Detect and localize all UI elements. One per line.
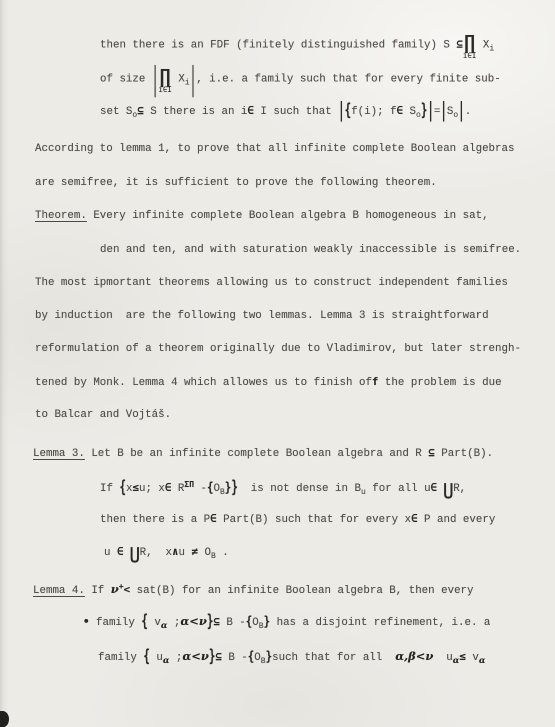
text-segment: u [179,547,192,559]
text-segment: { [143,646,150,668]
text-line: reformulation of a theorem originally du… [35,342,521,356]
text-segment: { [246,614,253,631]
text-segment: ΣΠ [184,480,194,489]
text-segment: | [440,98,447,125]
text-segment: { [119,477,126,499]
text-segment: set S [100,106,132,118]
text-segment: } [231,477,238,499]
product-operator: ∏i∈I [158,70,172,94]
text-segment: are semifree, it is sufficient to prove … [35,177,437,189]
text-line: Theorem. Every infinite complete Boolean… [35,209,489,223]
text-line: by induction are the following two lemma… [35,309,489,323]
handwritten-greek: α<ν [182,649,208,663]
text-segment: f(i); f [351,106,396,118]
text-segment: , i.e. a family such that for every fini… [196,74,501,86]
text-segment: . [465,106,471,118]
text-segment: then there is a P [100,514,210,526]
text-line: then there is an FDF (finitely distingui… [100,36,494,60]
product-operator: ∏i∈I [463,36,477,60]
text-segment: is not dense in B [238,483,361,495]
ink-smudge-mark [0,711,9,727]
text-line: to Balcar and Vojtáš. [35,408,171,422]
text-segment: has a disjoint refinement, i.e. a [270,617,490,629]
text-segment: reformulation of a theorem originally du… [35,343,521,355]
text-segment: S there is an i [144,106,248,118]
text-segment: family [90,617,142,629]
text-segment: Let B be an infinite complete Boolean al… [85,448,428,460]
union-operator: ⋃ [130,544,140,563]
text-segment: u [150,652,163,664]
text-segment: of size [100,74,152,86]
text-line: set So⊆ S there is an i∈ I such that |{f… [100,104,471,123]
text-segment: . [216,547,229,559]
text-segment: Theorem. [35,210,87,222]
text-segment: | [458,98,465,125]
text-line: tened by Monk. Lemma 4 which allowes us … [35,375,502,390]
text-segment: family [98,652,143,664]
text-segment: Lemma 3. [33,448,85,460]
text-segment: u; x [139,483,165,495]
text-segment: Part(B). [435,448,493,460]
text-line: of size |∏i∈I Xi|, i.e. a family such th… [100,70,501,94]
text-segment: R, x [140,547,172,559]
text-segment: u [104,547,117,559]
text-segment: - [194,483,207,495]
handwritten-greek: ν [111,582,119,596]
text-line: Lemma 4. If ν+< sat(B) for an infinite B… [33,580,474,598]
paper-page: then there is an FDF (finitely distingui… [0,0,555,727]
text-segment: to Balcar and Vojtáš. [35,409,171,421]
text-segment: by induction are the following two lemma… [35,310,489,322]
text-segment: den and ten, and with saturation weakly … [100,244,521,256]
text-segment: tened by Monk. Lemma 4 which allowes us … [35,377,372,389]
text-segment: for all u [366,483,431,495]
text-segment: X [172,74,185,86]
text-segment: B - [222,652,248,664]
text-segment: If [85,585,111,597]
text-segment: u [433,652,452,664]
handwritten-greek: α,β<ν [395,649,433,663]
text-segment: | [427,98,434,125]
text-segment: ; [169,652,182,664]
text-line: If {x≤u; x∈ RΣΠ -{OB}} is not dense in B… [100,478,466,500]
text-segment: S [403,106,416,118]
text-segment: such that for all [272,652,395,664]
text-line: are semifree, it is sufficient to prove … [35,176,437,190]
text-segment: Part(B) such that for every x [217,514,411,526]
text-segment: i [489,45,494,54]
text-segment: ; [167,617,180,629]
text-segment: } [266,649,273,666]
text-segment: } [264,614,271,631]
text-segment: < [124,583,137,596]
text-segment: } [207,611,214,633]
text-line: den and ten, and with saturation weakly … [100,243,521,257]
text-segment: R, [453,483,466,495]
text-segment: { [207,480,214,497]
text-segment: R [171,483,184,495]
text-segment: then there is an FDF (finitely distingui… [100,40,456,52]
text-line: family { uα ;α<ν}⊆ B -{OB}such that for … [98,649,485,669]
text-segment: I such that [254,106,338,118]
handwritten-greek: α [479,656,486,666]
text-line: According to lemma 1, to prove that all … [35,142,514,156]
text-line: u ∈ ⋃R, x∧u ≠ OB . [104,545,229,564]
text-line: The most ipmortant theorems allowing us … [35,276,508,290]
text-segment: Lemma 4. [33,585,85,597]
text-segment: | [190,59,197,101]
text-segment: P and every [418,514,496,526]
text-segment: } [209,646,216,668]
text-segment: { [248,649,255,666]
text-segment: According to lemma 1, to prove that all … [35,143,514,155]
text-segment: Every infinite complete Boolean algebra … [87,210,489,222]
text-line: • family { vα ;α<ν}⊆ B -{OB} has a disjo… [83,614,490,634]
text-segment: sat(B) for an infinite Boolean algebra B… [137,585,474,597]
text-line: Lemma 3. Let B be an infinite complete B… [33,446,493,461]
text-line: then there is a P∈ Part(B) such that for… [100,512,495,527]
text-segment: ≤ [459,650,472,663]
text-segment: If [100,483,119,495]
text-segment: | [152,59,159,101]
text-segment: the problem is due [378,377,501,389]
handwritten-greek: α<ν [180,614,206,628]
text-segment: X [476,40,489,52]
text-segment: O [198,547,211,559]
text-segment: { [345,100,352,122]
union-operator: ⋃ [444,480,454,499]
text-segment: { [141,611,148,633]
text-segment: v [148,617,161,629]
text-segment: B - [220,617,246,629]
text-segment: The most ipmortant theorems allowing us … [35,277,508,289]
